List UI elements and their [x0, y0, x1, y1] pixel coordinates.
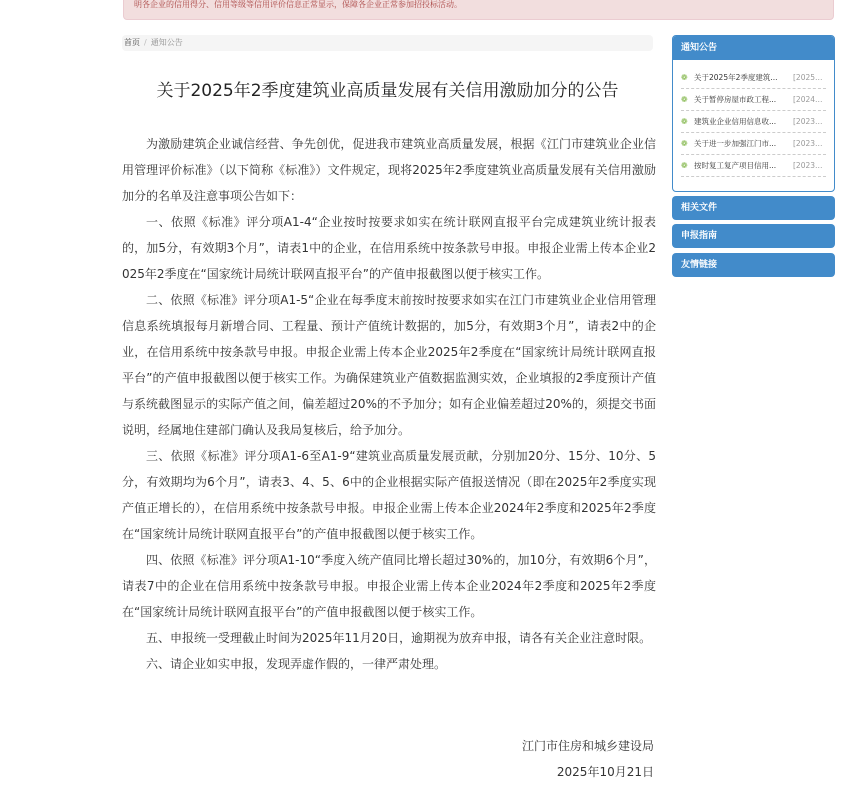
- breadcrumb: 首页/通知公告: [122, 35, 653, 51]
- notice-title[interactable]: 关于进一步加强江门市...: [694, 138, 789, 149]
- breadcrumb-home-link[interactable]: 首页: [124, 38, 140, 47]
- page-title: 关于2025年2季度建筑业高质量发展有关信用激励加分的公告: [122, 76, 653, 101]
- signature-org: 江门市住房和城乡建设局: [522, 733, 654, 759]
- related-files-button[interactable]: 相关文件: [672, 196, 835, 220]
- notice-title[interactable]: 关于2025年2季度建筑...: [694, 72, 789, 83]
- signature-block: 江门市住房和城乡建设局 2025年10月21日: [522, 733, 654, 785]
- notice-item[interactable]: ❁ 建筑业企业信用信息收... [2023-0...: [681, 111, 826, 133]
- paragraph-2: 二、依照《标准》评分项A1-5“企业在每季度末前按时按要求如实在江门市建筑业企业…: [122, 287, 656, 443]
- paragraph-3: 三、依照《标准》评分项A1-6至A1-9“建筑业高质量发展贡献，分别加20分、1…: [122, 443, 656, 547]
- notice-title[interactable]: 建筑业企业信用信息收...: [694, 116, 789, 127]
- notice-item[interactable]: ❁ 关于暂停房屋市政工程... [2024-0...: [681, 89, 826, 111]
- leaf-icon: ❁: [681, 73, 690, 82]
- leaf-icon: ❁: [681, 139, 690, 148]
- alert-banner: 明各企业的信用得分、信用等级等信用评价信息正常显示，保障各企业正常参加招投标活动…: [123, 0, 834, 20]
- paragraph-4: 四、依照《标准》评分项A1-10“季度入统产值同比增长超过30%的，加10分，有…: [122, 547, 656, 625]
- notice-title[interactable]: 按时复工复产项目信用...: [694, 160, 789, 171]
- notice-title[interactable]: 关于暂停房屋市政工程...: [694, 94, 789, 105]
- notice-date: [2024-0...: [793, 95, 825, 104]
- leaf-icon: ❁: [681, 161, 690, 170]
- notice-date: [2023-0...: [793, 139, 825, 148]
- signature-date: 2025年10月21日: [522, 759, 654, 785]
- paragraph-5: 五、申报统一受理截止时间为2025年11月20日，逾期视为放弃申报，请各有关企业…: [122, 625, 656, 651]
- friendly-links-button[interactable]: 友情链接: [672, 253, 835, 277]
- paragraph-6: 六、请企业如实申报，发现弄虚作假的，一律严肃处理。: [122, 651, 656, 677]
- notice-item[interactable]: ❁ 按时复工复产项目信用... [2023-0...: [681, 155, 826, 177]
- notices-list: ❁ 关于2025年2季度建筑... [2025-1... ❁ 关于暂停房屋市政工…: [673, 60, 834, 177]
- notice-date: [2023-0...: [793, 117, 825, 126]
- leaf-icon: ❁: [681, 117, 690, 126]
- breadcrumb-current: 通知公告: [151, 38, 183, 47]
- breadcrumb-separator: /: [144, 38, 147, 47]
- paragraph-intro: 为激励建筑企业诚信经营、争先创优，促进我市建筑业高质量发展，根据《江门市建筑业企…: [122, 131, 656, 209]
- application-guide-button[interactable]: 申报指南: [672, 224, 835, 248]
- leaf-icon: ❁: [681, 95, 690, 104]
- notices-panel-heading[interactable]: 通知公告: [673, 36, 834, 60]
- notice-date: [2025-1...: [793, 73, 825, 82]
- notice-item[interactable]: ❁ 关于2025年2季度建筑... [2025-1...: [681, 67, 826, 89]
- notices-panel: 通知公告 ❁ 关于2025年2季度建筑... [2025-1... ❁ 关于暂停…: [672, 35, 835, 192]
- alert-text: 明各企业的信用得分、信用等级等信用评价信息正常显示，保障各企业正常参加招投标活动…: [134, 0, 462, 10]
- article-body: 为激励建筑企业诚信经营、争先创优，促进我市建筑业高质量发展，根据《江门市建筑业企…: [122, 131, 656, 677]
- notice-date: [2023-0...: [793, 161, 825, 170]
- notice-item[interactable]: ❁ 关于进一步加强江门市... [2023-0...: [681, 133, 826, 155]
- paragraph-1: 一、依照《标准》评分项A1-4“企业按时按要求如实在统计联网直报平台完成建筑业统…: [122, 209, 656, 287]
